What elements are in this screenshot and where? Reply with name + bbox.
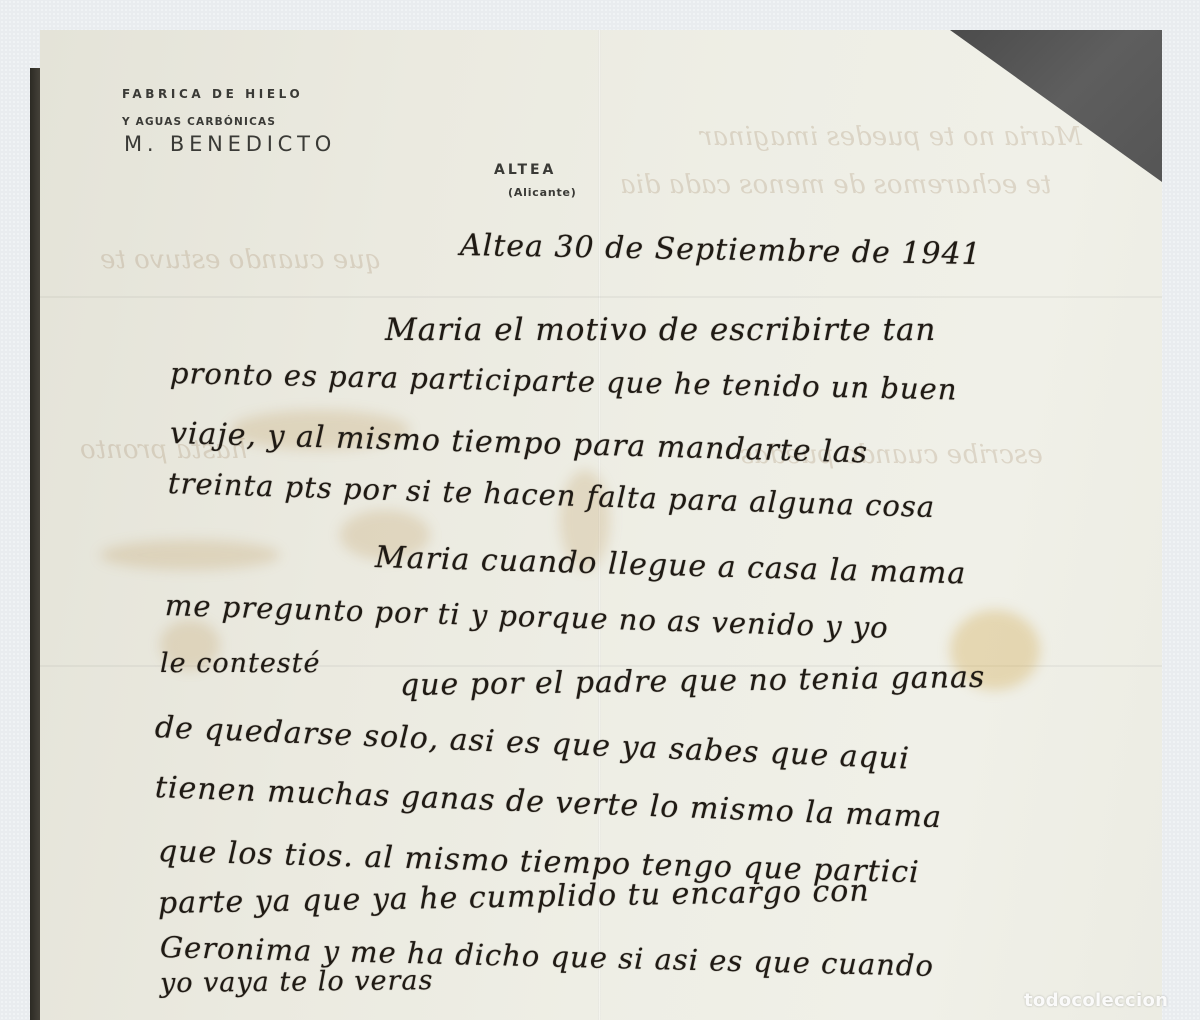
letter-line: Maria el motivo de escribirte tan	[385, 312, 936, 348]
letter-line: le contesté	[160, 648, 320, 679]
horizontal-fold-line	[40, 296, 1162, 298]
watermark: todocoleccion	[1024, 990, 1168, 1011]
bleed-through-text: te echaremos de menos cada dia	[620, 170, 1051, 200]
bleed-through-text: que cuando estuvo te	[100, 245, 382, 275]
letterhead-line2: Y AGUAS CARBÓNICAS	[122, 116, 276, 128]
letterhead-company: M. BENEDICTO	[124, 132, 336, 156]
stain	[100, 540, 280, 570]
letterhead-line1: FABRICA DE HIELO	[122, 87, 303, 101]
bleed-through-text: Maria no te puedes imaginar	[700, 122, 1082, 152]
letter-line: yo vaya te lo veras	[160, 965, 434, 999]
letterhead-province: (Alicante)	[508, 186, 577, 199]
letterhead-town: ALTEA	[494, 162, 556, 178]
